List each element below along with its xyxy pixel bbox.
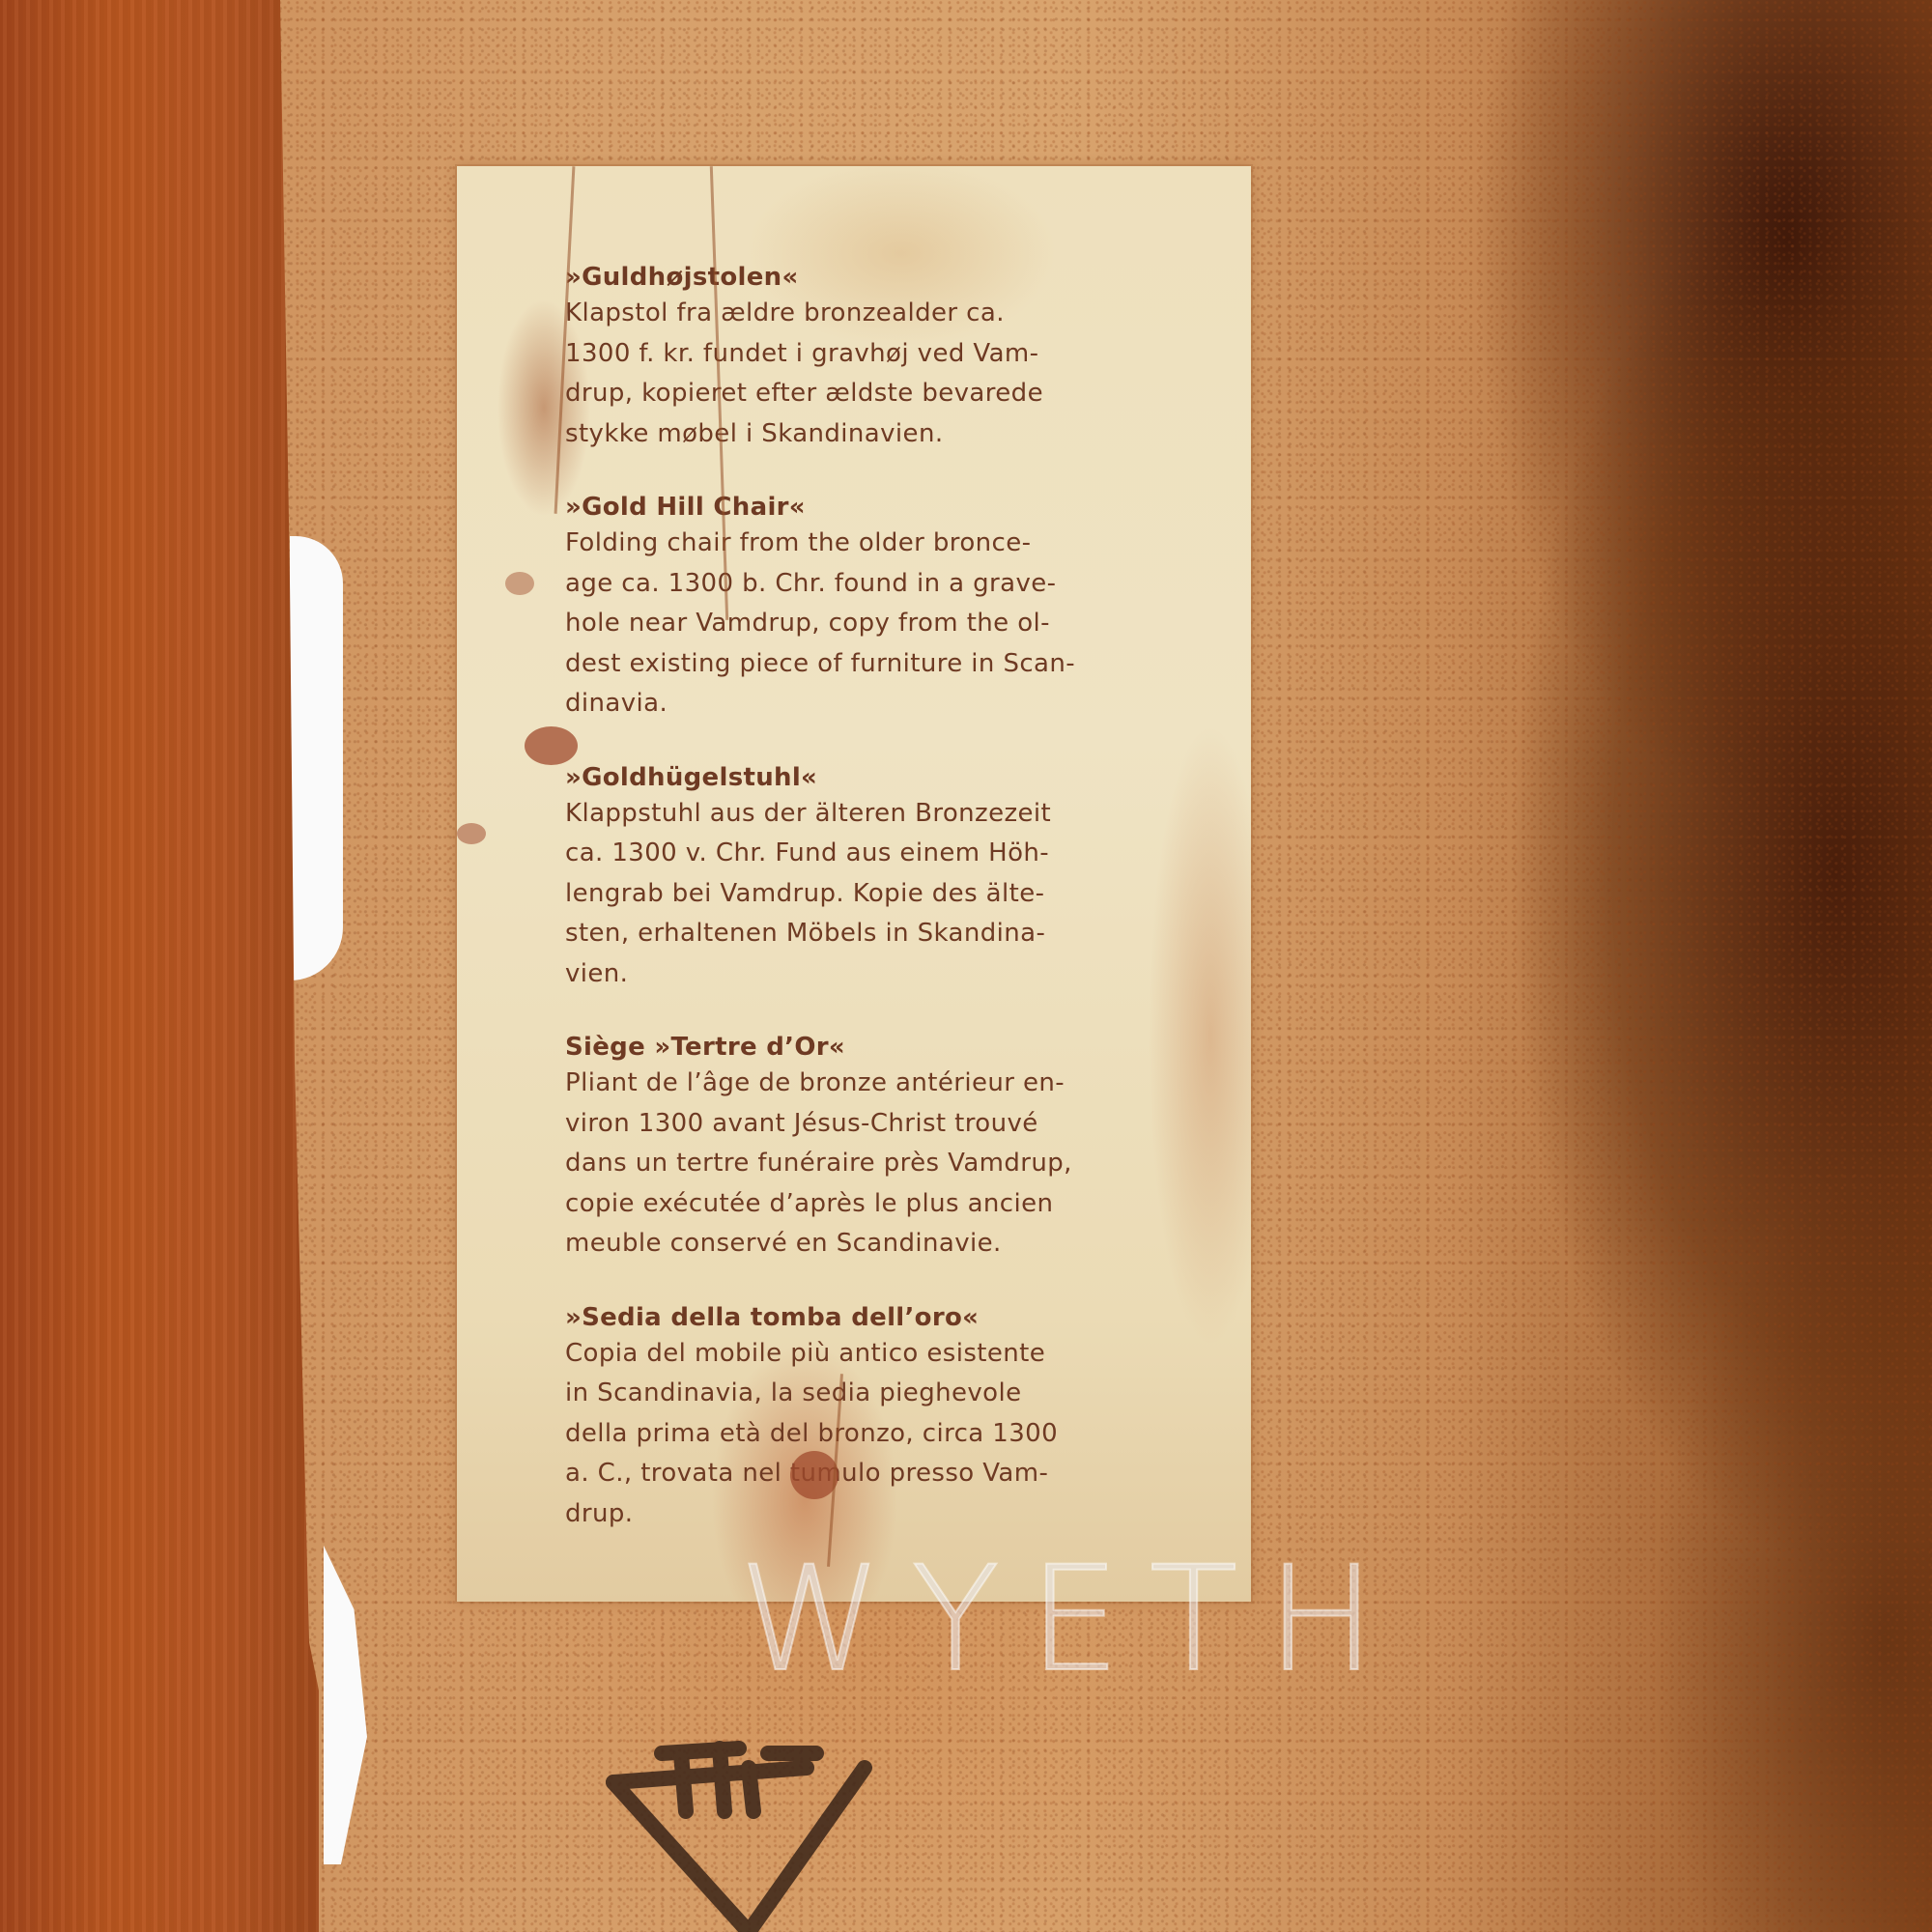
section-line: Klappstuhl aus der älteren Bronzezeit bbox=[565, 794, 1145, 835]
section-title: »Guldhøjstolen« bbox=[565, 261, 1145, 294]
triangle-monogram-stamp-icon bbox=[604, 1715, 903, 1932]
section-line: meuble conservé en Scandinavie. bbox=[565, 1224, 1145, 1264]
section-line: della prima età del bronzo, circa 1300 bbox=[565, 1414, 1145, 1455]
section-line: a. C., trovata nel tumulo presso Vam- bbox=[565, 1454, 1145, 1494]
section-line: lengrab bei Vamdrup. Kopie des älte- bbox=[565, 874, 1145, 915]
section-title: »Goldhügelstuhl« bbox=[565, 761, 1145, 794]
section-line: hole near Vamdrup, copy from the ol- bbox=[565, 604, 1145, 644]
photo-scene: »Guldhøjstolen« Klapstol fra ældre bronz… bbox=[0, 0, 1932, 1932]
section-line: in Scandinavia, la sedia pieghevole bbox=[565, 1374, 1145, 1414]
section-line: drup. bbox=[565, 1494, 1145, 1535]
stain-mark bbox=[525, 726, 578, 765]
section-line: Copia del mobile più antico esistente bbox=[565, 1334, 1145, 1375]
stain-mark bbox=[505, 572, 534, 595]
section-title: »Sedia della tomba dell’oro« bbox=[565, 1301, 1145, 1334]
label-section-italian: »Sedia della tomba dell’oro« Copia del m… bbox=[565, 1301, 1145, 1535]
section-line: age ca. 1300 b. Chr. found in a grave- bbox=[565, 564, 1145, 605]
section-line: viron 1300 avant Jésus-Christ trouvé bbox=[565, 1104, 1145, 1145]
watermark: WYETH bbox=[739, 1536, 1405, 1704]
section-line: drup, kopieret efter ældste bevarede bbox=[565, 374, 1145, 414]
label-section-danish: »Guldhøjstolen« Klapstol fra ældre bronz… bbox=[565, 261, 1145, 454]
section-line: vien. bbox=[565, 954, 1145, 995]
section-line: Klapstol fra ældre bronzealder ca. bbox=[565, 294, 1145, 334]
label-section-french: Siège »Tertre d’Or« Pliant de l’âge de b… bbox=[565, 1031, 1145, 1264]
wooden-chair-frame bbox=[0, 0, 319, 1932]
section-line: stykke møbel i Skandinavien. bbox=[565, 414, 1145, 455]
section-line: 1300 f. kr. fundet i gravhøj ved Vam- bbox=[565, 334, 1145, 375]
label-section-german: »Goldhügelstuhl« Klappstuhl aus der älte… bbox=[565, 761, 1145, 995]
section-title: »Gold Hill Chair« bbox=[565, 491, 1145, 524]
section-line: dans un tertre funéraire près Vamdrup, bbox=[565, 1144, 1145, 1184]
label-section-english: »Gold Hill Chair« Folding chair from the… bbox=[565, 491, 1145, 724]
paper-label: »Guldhøjstolen« Klapstol fra ældre bronz… bbox=[457, 166, 1251, 1602]
section-line: sten, erhaltenen Möbels in Skandina- bbox=[565, 914, 1145, 954]
section-line: copie exécutée d’après le plus ancien bbox=[565, 1184, 1145, 1225]
section-line: dest existing piece of furniture in Scan… bbox=[565, 644, 1145, 685]
section-line: dinavia. bbox=[565, 684, 1145, 724]
stain-mark bbox=[457, 823, 486, 844]
background-gap-upper bbox=[290, 536, 343, 980]
section-title: Siège »Tertre d’Or« bbox=[565, 1031, 1145, 1064]
section-line: ca. 1300 v. Chr. Fund aus einem Höh- bbox=[565, 834, 1145, 874]
section-line: Pliant de l’âge de bronze antérieur en- bbox=[565, 1064, 1145, 1104]
section-line: Folding chair from the older bronce- bbox=[565, 524, 1145, 564]
